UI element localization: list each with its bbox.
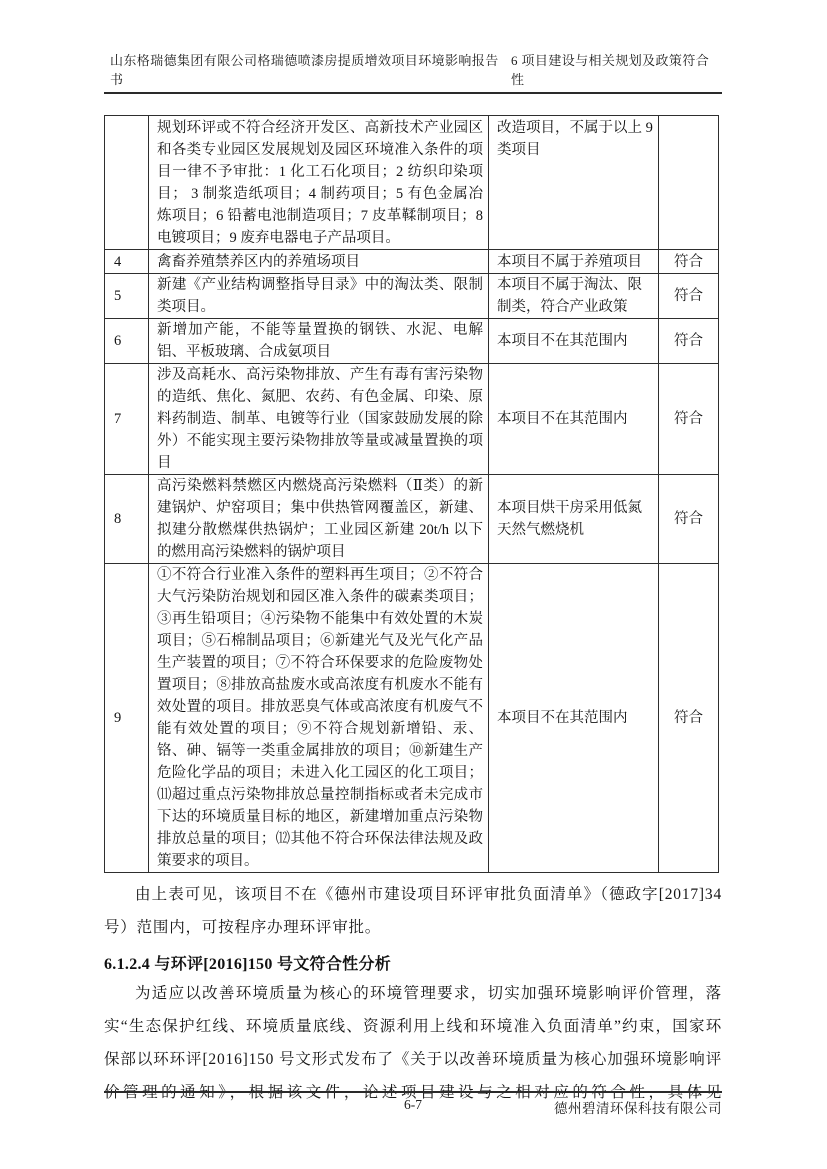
- row-result-cell: [659, 116, 719, 250]
- row-description-cell: 涉及高耗水、高污染物排放、产生有毒有害污染物的造纸、焦化、氮肥、农药、有色金属、…: [149, 364, 489, 475]
- header-divider: [104, 92, 722, 94]
- row-number-cell: 7: [105, 364, 149, 475]
- row-description-cell: 新增加产能，不能等量置换的钢铁、水泥、电解铝、平板玻璃、合成氨项目: [149, 319, 489, 364]
- row-description-cell: 高污染燃料禁燃区内燃烧高污染燃料（Ⅱ类）的新建锅炉、炉窑项目；集中供热管网覆盖区…: [149, 475, 489, 564]
- conclusion-paragraph: 由上表可见，该项目不在《德州市建设项目环评审批负面清单》（德政字[2017]34…: [104, 878, 722, 944]
- table-row: 8 高污染燃料禁燃区内燃烧高污染燃料（Ⅱ类）的新建锅炉、炉窑项目；集中供热管网覆…: [105, 475, 719, 564]
- row-status-cell: 改造项目，不属于以上 9 类项目: [489, 116, 659, 250]
- table-row: 规划环评或不符合经济开发区、高新技术产业园区和各类专业园区发展规划及园区环境准入…: [105, 116, 719, 250]
- footer-divider: [104, 1091, 722, 1093]
- row-number-cell: 6: [105, 319, 149, 364]
- row-number-cell: 9: [105, 564, 149, 873]
- row-number-cell: 4: [105, 250, 149, 274]
- row-status-cell: 本项目不在其范围内: [489, 364, 659, 475]
- row-number-cell: [105, 116, 149, 250]
- row-description-cell: 禽畜养殖禁养区内的养殖场项目: [149, 250, 489, 274]
- row-status-cell: 本项目不属于养殖项目: [489, 250, 659, 274]
- table-row: 6 新增加产能，不能等量置换的钢铁、水泥、电解铝、平板玻璃、合成氨项目 本项目不…: [105, 319, 719, 364]
- row-result-cell: 符合: [659, 250, 719, 274]
- row-status-cell: 本项目不在其范围内: [489, 564, 659, 873]
- table-row: 7 涉及高耗水、高污染物排放、产生有毒有害污染物的造纸、焦化、氮肥、农药、有色金…: [105, 364, 719, 475]
- row-status-cell: 本项目不在其范围内: [489, 319, 659, 364]
- row-result-cell: 符合: [659, 274, 719, 319]
- page-footer: 6-7 德州碧清环保科技有限公司: [104, 1097, 722, 1117]
- table-row: 9 ①不符合行业准入条件的塑料再生项目；②不符合大气污染防治规划和园区准入条件的…: [105, 564, 719, 873]
- table-row: 4 禽畜养殖禁养区内的养殖场项目 本项目不属于养殖项目 符合: [105, 250, 719, 274]
- footer-company-name: 德州碧清环保科技有限公司: [554, 1097, 722, 1117]
- row-result-cell: 符合: [659, 475, 719, 564]
- row-description-cell: ①不符合行业准入条件的塑料再生项目；②不符合大气污染防治规划和园区准入条件的碳素…: [149, 564, 489, 873]
- row-result-cell: 符合: [659, 319, 719, 364]
- row-result-cell: 符合: [659, 364, 719, 475]
- document-page: 山东格瑞德集团有限公司格瑞德喷漆房提质增效项目环境影响报告书 6 项目建设与相关…: [0, 0, 827, 1169]
- analysis-paragraph: 为适应以改善环境质量为核心的环境管理要求，切实加强环境影响评价管理，落实“生态保…: [104, 977, 722, 1109]
- row-description-cell: 规划环评或不符合经济开发区、高新技术产业园区和各类专业园区发展规划及园区环境准入…: [149, 116, 489, 250]
- header-report-title: 山东格瑞德集团有限公司格瑞德喷漆房提质增效项目环境影响报告书: [110, 50, 511, 88]
- header-chapter-title: 6 项目建设与相关规划及政策符合性: [511, 50, 722, 88]
- row-number-cell: 5: [105, 274, 149, 319]
- row-description-cell: 新建《产业结构调整指导目录》中的淘汰类、限制类项目。: [149, 274, 489, 319]
- row-status-cell: 本项目不属于淘汰、限制类，符合产业政策: [489, 274, 659, 319]
- row-result-cell: 符合: [659, 564, 719, 873]
- compliance-table: 规划环评或不符合经济开发区、高新技术产业园区和各类专业园区发展规划及园区环境准入…: [104, 115, 719, 873]
- table-row: 5 新建《产业结构调整指导目录》中的淘汰类、限制类项目。 本项目不属于淘汰、限制…: [105, 274, 719, 319]
- row-status-cell: 本项目烘干房采用低氮天然气燃烧机: [489, 475, 659, 564]
- section-heading: 6.1.2.4 与环评[2016]150 号文符合性分析: [104, 951, 722, 974]
- row-number-cell: 8: [105, 475, 149, 564]
- page-header: 山东格瑞德集团有限公司格瑞德喷漆房提质增效项目环境影响报告书 6 项目建设与相关…: [104, 50, 722, 92]
